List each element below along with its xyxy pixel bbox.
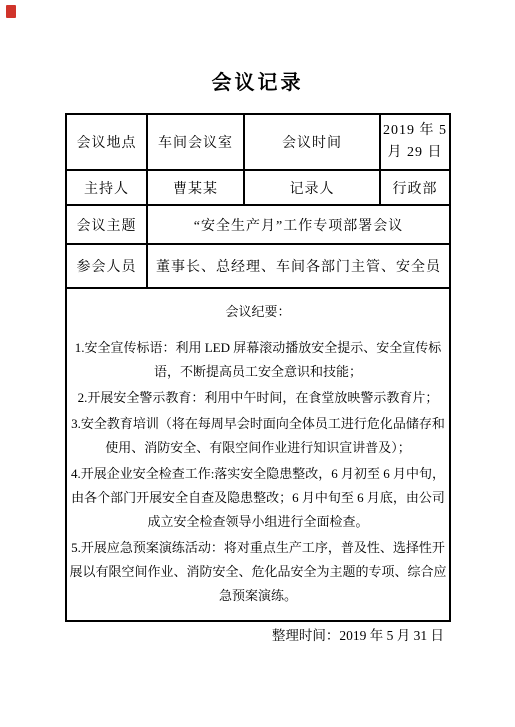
minutes-header: 会议纪要： bbox=[69, 300, 447, 324]
host-value: 曹某某 bbox=[147, 170, 244, 205]
minutes-item-3: 3.安全教育培训（将在每周早会时面向全体员工进行危化品储存和使用、消防安全、有限… bbox=[69, 412, 447, 460]
minutes-cell: 会议纪要： 1.安全宣传标语：利用 LED 屏幕滚动播放安全提示、安全宣传标语，… bbox=[66, 288, 450, 621]
minutes-item-5: 5.开展应急预案演练活动：将对重点生产工序，普及性、选择性开展以有限空间作业、消… bbox=[69, 536, 447, 608]
recorder-label: 记录人 bbox=[244, 170, 380, 205]
meeting-location-label: 会议地点 bbox=[66, 114, 147, 170]
table-row: 会议主题 “安全生产月”工作专项部署会议 bbox=[66, 205, 450, 244]
minutes-item-2: 2.开展安全警示教育：利用中午时间，在食堂放映警示教育片； bbox=[69, 386, 447, 410]
attendees-value: 董事长、总经理、车间各部门主管、安全员 bbox=[147, 244, 450, 288]
table-row: 参会人员 董事长、总经理、车间各部门主管、安全员 bbox=[66, 244, 450, 288]
meeting-location-value: 车间会议室 bbox=[147, 114, 244, 170]
minutes-item-1: 1.安全宣传标语：利用 LED 屏幕滚动播放安全提示、安全宣传标语，不断提高员工… bbox=[69, 336, 447, 384]
table-row: 主持人 曹某某 记录人 行政部 bbox=[66, 170, 450, 205]
minutes-item-4: 4.开展企业安全检查工作:落实安全隐患整改，6 月初至 6 月中旬，由各个部门开… bbox=[69, 462, 447, 534]
topic-label: 会议主题 bbox=[66, 205, 147, 244]
document-page: 会议记录 会议地点 车间会议室 会议时间 2019 年 5 月 29 日 主持人… bbox=[0, 0, 515, 727]
meeting-record-table: 会议地点 车间会议室 会议时间 2019 年 5 月 29 日 主持人 曹某某 … bbox=[65, 113, 451, 622]
host-label: 主持人 bbox=[66, 170, 147, 205]
table-row: 会议地点 车间会议室 会议时间 2019 年 5 月 29 日 bbox=[66, 114, 450, 170]
topic-value: “安全生产月”工作专项部署会议 bbox=[147, 205, 450, 244]
table-row: 会议纪要： 1.安全宣传标语：利用 LED 屏幕滚动播放安全提示、安全宣传标语，… bbox=[66, 288, 450, 621]
red-image-placeholder-icon bbox=[6, 5, 16, 18]
attendees-label: 参会人员 bbox=[66, 244, 147, 288]
compile-time-note: 整理时间：2019 年 5 月 31 日 bbox=[0, 626, 444, 646]
recorder-value: 行政部 bbox=[380, 170, 450, 205]
meeting-time-label: 会议时间 bbox=[244, 114, 380, 170]
page-title: 会议记录 bbox=[0, 70, 515, 96]
meeting-time-value: 2019 年 5 月 29 日 bbox=[380, 114, 450, 170]
